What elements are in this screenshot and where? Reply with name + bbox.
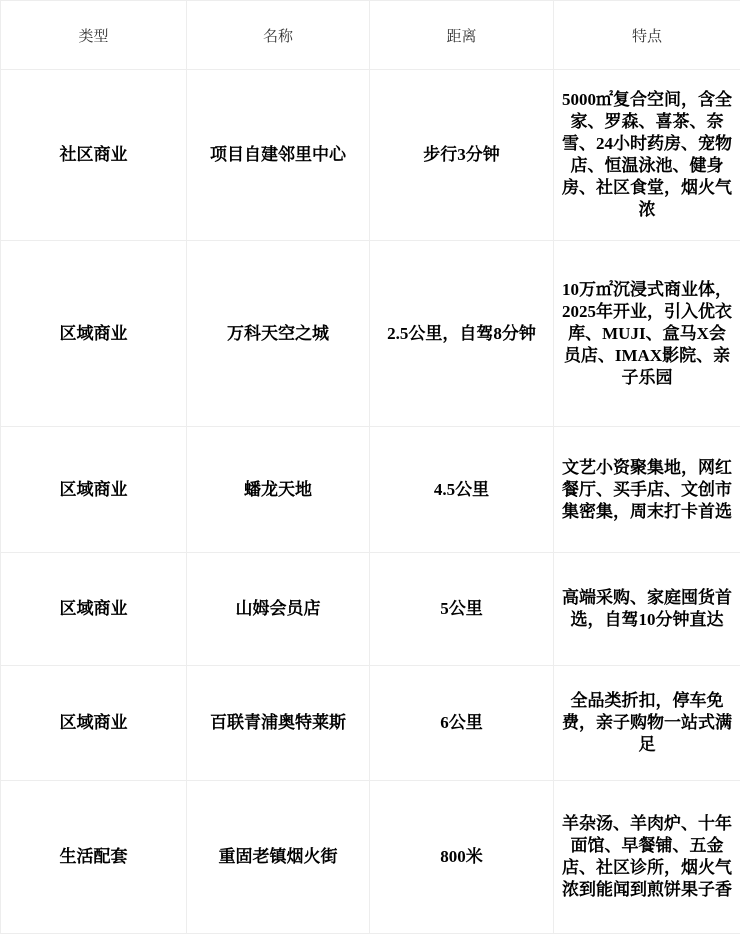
cell-name: 项目自建邻里中心 [187,70,370,241]
cell-type: 区域商业 [1,241,187,427]
table-row: 区域商业 百联青浦奥特莱斯 6公里 全品类折扣，停车免费，亲子购物一站式满足 [1,666,740,781]
cell-distance: 4.5公里 [370,427,554,553]
table-row: 区域商业 蟠龙天地 4.5公里 文艺小资聚集地，网红餐厅、买手店、文创市集密集，… [1,427,740,553]
cell-distance: 2.5公里，自驾8分钟 [370,241,554,427]
cell-features: 全品类折扣，停车免费，亲子购物一站式满足 [554,666,740,781]
table-row: 区域商业 万科天空之城 2.5公里，自驾8分钟 10万㎡沉浸式商业体，2025年… [1,241,740,427]
cell-features: 文艺小资聚集地，网红餐厅、买手店、文创市集密集，周末打卡首选 [554,427,740,553]
column-header-features: 特点 [554,1,740,70]
column-header-distance: 距离 [370,1,554,70]
cell-distance: 5公里 [370,553,554,666]
cell-name: 山姆会员店 [187,553,370,666]
cell-features: 羊杂汤、羊肉炉、十年面馆、早餐铺、五金店、社区诊所，烟火气浓到能闻到煎饼果子香 [554,781,740,934]
cell-name: 重固老镇烟火街 [187,781,370,934]
column-header-name: 名称 [187,1,370,70]
cell-features: 5000㎡复合空间，含全家、罗森、喜茶、奈雪、24小时药房、宠物店、恒温泳池、健… [554,70,740,241]
cell-features: 高端采购、家庭囤货首选，自驾10分钟直达 [554,553,740,666]
amenities-table: 类型 名称 距离 特点 社区商业 项目自建邻里中心 步行3分钟 5000㎡复合空… [0,0,740,934]
cell-name: 蟠龙天地 [187,427,370,553]
cell-name: 万科天空之城 [187,241,370,427]
cell-name: 百联青浦奥特莱斯 [187,666,370,781]
table-row: 区域商业 山姆会员店 5公里 高端采购、家庭囤货首选，自驾10分钟直达 [1,553,740,666]
cell-type: 区域商业 [1,427,187,553]
cell-distance: 800米 [370,781,554,934]
cell-type: 生活配套 [1,781,187,934]
cell-distance: 6公里 [370,666,554,781]
table-row: 生活配套 重固老镇烟火街 800米 羊杂汤、羊肉炉、十年面馆、早餐铺、五金店、社… [1,781,740,934]
column-header-type: 类型 [1,1,187,70]
cell-type: 区域商业 [1,553,187,666]
cell-distance: 步行3分钟 [370,70,554,241]
table-row: 社区商业 项目自建邻里中心 步行3分钟 5000㎡复合空间，含全家、罗森、喜茶、… [1,70,740,241]
cell-features: 10万㎡沉浸式商业体，2025年开业，引入优衣库、MUJI、盒马X会员店、IMA… [554,241,740,427]
cell-type: 社区商业 [1,70,187,241]
cell-type: 区域商业 [1,666,187,781]
table-header-row: 类型 名称 距离 特点 [1,1,740,70]
